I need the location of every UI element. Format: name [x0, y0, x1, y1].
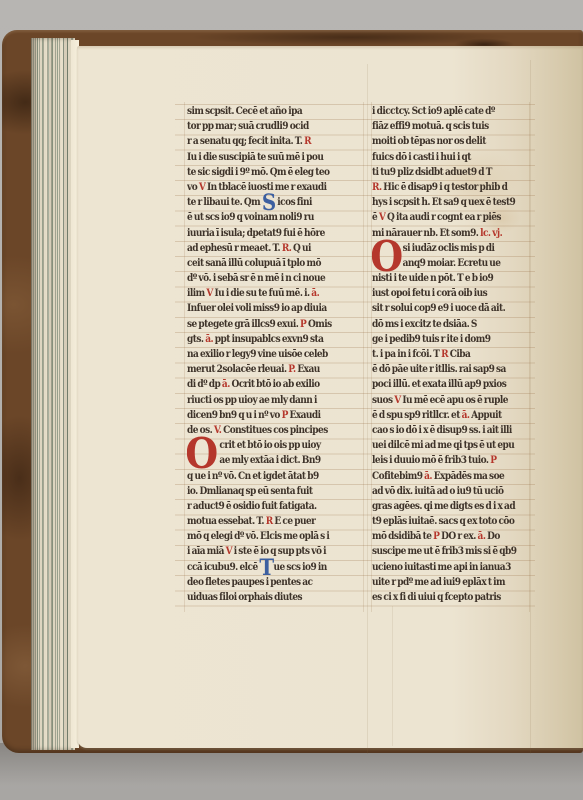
- body-text: si iudāz oclis mis p di: [403, 243, 495, 254]
- manuscript-line: ē dō pāe uite r itllis. rai sap9 sa: [372, 362, 518, 377]
- manuscript-line: deo fletes paupes i pentes ac: [187, 575, 349, 590]
- manuscript-line: gts. ā. ppt insupablcs exvn9 sta: [187, 332, 349, 347]
- manuscript-line: R. Hic ē disap9 i q testor phib d: [372, 180, 518, 195]
- body-text: fiāz effi9 motuā. q scis tuis: [372, 121, 489, 132]
- body-text: r aduct9 ē osidio fuit fatigata.: [187, 501, 317, 512]
- body-text: nisti i te uide n pōt. T e b io9: [372, 273, 493, 284]
- body-text: na exilio r legy9 vine uisōe celeb: [187, 349, 328, 360]
- body-text: sim scpsit. Cecē et año ipa: [187, 106, 302, 117]
- text-column-left: sim scpsit. Cecē et año ipator pp mar; s…: [187, 104, 367, 610]
- body-text: Iu mē ecē apu os ē ruple: [401, 395, 508, 406]
- manuscript-line: iuuria ī isula; dpetat9 fui ē hōre: [187, 226, 349, 241]
- body-text: Constitues cos pincipes: [221, 425, 327, 436]
- body-text: moiti ob tēpas nor os delit: [372, 136, 486, 147]
- manuscript-line: fiāz effi9 motuā. q scis tuis: [372, 119, 518, 134]
- body-text: uiduas filoi orphais diutes: [187, 592, 302, 603]
- manuscript-line: ucieno iuitasti me api in ianua3: [372, 560, 518, 575]
- manuscript-line: io. Dmlianaq sp eū senta fuit: [187, 484, 349, 499]
- body-text: i aīa miā: [187, 546, 226, 557]
- body-text: sit r solui cop9 e9 i uoce dā ait.: [372, 303, 505, 314]
- body-text: es ci x fi di uiui q fcepto patris: [372, 592, 501, 603]
- body-text: ge i pedib9 tuis r ite i dom9: [372, 334, 490, 345]
- body-text: iust opoi fetu i corā oib ius: [372, 288, 487, 299]
- manuscript-line: iust opoi fetu i corā oib ius: [372, 286, 518, 301]
- manuscript-line: ceit sanā illū colupuā ī tplo mō: [187, 256, 349, 271]
- body-text: gras agēes. qi me digts es d i x ad: [372, 501, 515, 512]
- rubric-text: ā.: [205, 334, 213, 345]
- body-text: ucieno iuitasti me api in ianua3: [372, 562, 511, 573]
- body-text: se ptegete grā illcs9 exui.: [187, 319, 300, 330]
- manuscript-line: anq9 moiar. Ecretu ue: [372, 256, 518, 271]
- manuscript-line: di dº dp ā. Ocrit btō io ab exilio: [187, 377, 349, 392]
- rubric-text: R.: [282, 243, 292, 254]
- rubric-text: R: [441, 349, 448, 360]
- manuscript-line: uite r pdº me ad iui9 eplāx t im: [372, 575, 518, 590]
- body-text: fuics dō i casti i hui i qt: [372, 152, 471, 163]
- manuscript-line: ge i pedib9 tuis r ite i dom9: [372, 332, 518, 347]
- rubric-text: P.: [288, 364, 295, 375]
- manuscript-page: sim scpsit. Cecē et año ipator pp mar; s…: [77, 46, 583, 748]
- body-text: deo fletes paupes i pentes ac: [187, 577, 312, 588]
- body-text: Exau: [296, 364, 320, 375]
- rubric-text: ā.: [311, 288, 319, 299]
- body-text: merut 2solacēe rleuai.: [187, 364, 288, 375]
- manuscript-line: motua essebat. T. R E ce puer: [187, 514, 349, 529]
- manuscript-line: moiti ob tēpas nor os delit: [372, 134, 518, 149]
- manuscript-line: Cofitebim9 ā. Expādēs ma soe: [372, 469, 518, 484]
- manuscript-line: suscipe me ut ē frib3 mis si ē qb9: [372, 544, 518, 559]
- body-text: dō ms i excitz te dsiāa. S: [372, 319, 477, 330]
- body-text: icos fini: [276, 197, 312, 208]
- manuscript-line: dicen9 bn9 q u i nº vo P Exaudi: [187, 408, 349, 423]
- rubric-text: P: [490, 455, 496, 466]
- manuscript-line: suos V Iu mē ecē apu os ē ruple: [372, 393, 518, 408]
- manuscript-line: ilim V Iu i die su te fuū mē. i. ā.: [187, 286, 349, 301]
- body-text: Iu i die su te fuū mē. i.: [213, 288, 312, 299]
- rubric-text: R: [304, 136, 311, 147]
- manuscript-line: ē ut scs io9 q voinam noli9 ru: [187, 210, 349, 225]
- body-text: Hic ē disap9 i q testor phib d: [382, 182, 508, 193]
- rubric-text: ā.: [424, 471, 432, 482]
- body-text: Omis: [306, 319, 331, 330]
- body-text: Expādēs ma soe: [432, 471, 504, 482]
- body-text: tor pp mar; suā crudli9 ocid: [187, 121, 309, 132]
- body-text: poci illū. et exata illū ap9 pxios: [372, 379, 506, 390]
- body-text: ad vō dix. iuitā ad o iu9 tū uciō: [372, 486, 503, 497]
- body-text: dº vō. i sebā sr ē n mē i n ci noue: [187, 273, 325, 284]
- manuscript-line: mō dsidibā te P DO r ex. ā. Do: [372, 529, 518, 544]
- body-text: riucti os pp uioy ae mly dann i: [187, 395, 317, 406]
- page-fore-edges: [31, 38, 75, 750]
- body-text: Do: [485, 531, 499, 542]
- manuscript-line: te sic sigdi i 9º mō. Qm ē eleg teo: [187, 165, 349, 180]
- body-text: gts.: [187, 334, 205, 345]
- body-text: Cofitebim9: [372, 471, 424, 482]
- manuscript-line: fuics dō i casti i hui i qt: [372, 150, 518, 165]
- manuscript-line: ccā icubu9. elcē Tue scs io9 in: [187, 560, 349, 575]
- body-text: q ue i nº vō. Cn et igdet ātat b9: [187, 471, 319, 482]
- rubric-text: R.: [372, 182, 382, 193]
- manuscript-line: q ue i nº vō. Cn et igdet ātat b9: [187, 469, 349, 484]
- body-text: t9 eplās iuitaē. sacs q ex toto cōo: [372, 516, 514, 527]
- body-text: Appuit: [469, 410, 501, 421]
- manuscript-line: uiduas filoi orphais diutes: [187, 590, 349, 605]
- manuscript-line: es ci x fi di uiui q fcepto patris: [372, 590, 518, 605]
- manuscript-line: tor pp mar; suā crudli9 ocid: [187, 119, 349, 134]
- manuscript-line: riucti os pp uioy ae mly dann i: [187, 393, 349, 408]
- body-text: motua essebat. T.: [187, 516, 266, 527]
- body-text: suscipe me ut ē frib3 mis si ē qb9: [372, 546, 516, 557]
- body-text: ccā icubu9. elcē: [187, 562, 259, 573]
- body-text: r a senatu qq; fecit inita. T.: [187, 136, 304, 147]
- manuscript-line: ē V Q ita audi r cognt ea r piēs: [372, 210, 518, 225]
- manuscript-line: mō q elegi dº vō. Elcis me oplā s i: [187, 529, 349, 544]
- manuscript-line: te r libaui te. Qm S icos fini: [187, 195, 349, 210]
- manuscript-line: sit r solui cop9 e9 i uoce dā ait.: [372, 301, 518, 316]
- body-text: te r libaui te. Qm: [187, 197, 262, 208]
- body-text: i dicctcy. Sct io9 aplē cate dº: [372, 106, 495, 117]
- body-text: ilim: [187, 288, 206, 299]
- manuscript-line: merut 2solacēe rleuai. P. Exau: [187, 362, 349, 377]
- manuscript-line: ae mly extāa i dict. Bn9: [187, 453, 349, 468]
- body-text: ē: [372, 212, 379, 223]
- parchment-crease: [392, 606, 393, 746]
- body-text: Infuer olei voli miss9 io ap diuia: [187, 303, 327, 314]
- body-text: ppt insupablcs exvn9 sta: [213, 334, 323, 345]
- manuscript-line: na exilio r legy9 vine uisōe celeb: [187, 347, 349, 362]
- manuscript-line: leis i duuio mō ē frib3 tuio. P: [372, 453, 518, 468]
- body-text: ē ut scs io9 q voinam noli9 ru: [187, 212, 314, 223]
- body-text: iuuria ī isula; dpetat9 fui ē hōre: [187, 228, 325, 239]
- body-text: Q ita audi r cognt ea r piēs: [385, 212, 501, 223]
- body-text: i ste ē io q sup pts vō i: [232, 546, 326, 557]
- manuscript-line: dº vō. i sebā sr ē n mē i n ci noue: [187, 271, 349, 286]
- body-text: Iu i die suscipiā te suū mē i pou: [187, 152, 323, 163]
- body-text: te sic sigdi i 9º mō. Qm ē eleg teo: [187, 167, 330, 178]
- body-text: crit et btō io ois pp uioy: [219, 440, 320, 451]
- manuscript-line: Iu i die suscipiā te suū mē i pou: [187, 150, 349, 165]
- manuscript-line: se ptegete grā illcs9 exui. P Omis: [187, 317, 349, 332]
- body-text: ae mly extāa i dict. Bn9: [219, 455, 320, 466]
- manuscript-line: t9 eplās iuitaē. sacs q ex toto cōo: [372, 514, 518, 529]
- body-text: hys i scpsit h. Et sa9 q uex ē test9: [372, 197, 515, 208]
- body-text: suos: [372, 395, 394, 406]
- manuscript-line: Ocrit et btō io ois pp uioy: [187, 438, 349, 453]
- body-text: ti tu9 pliz dsidbt aduet9 d T: [372, 167, 492, 178]
- body-text: Ciba: [448, 349, 470, 360]
- body-text: ceit sanā illū colupuā ī tplo mō: [187, 258, 321, 269]
- body-text: ē d spu sp9 ritllcr. et: [372, 410, 462, 421]
- body-text: Exaudi: [288, 410, 321, 421]
- body-text: t. i pa in i fcōi. T: [372, 349, 441, 360]
- manuscript-line: gras agēes. qi me digts es d i x ad: [372, 499, 518, 514]
- body-text: uei dilcē mi ad me qi tps ē ut epu: [372, 440, 514, 451]
- manuscript-line: r a senatu qq; fecit inita. T. R: [187, 134, 349, 149]
- body-text: mō dsidibā te: [372, 531, 433, 542]
- body-text: ē dō pāe uite r itllis. rai sap9 sa: [372, 364, 506, 375]
- rubric-text: ā.: [478, 531, 486, 542]
- manuscript-line: ad vō dix. iuitā ad o iu9 tū uciō: [372, 484, 518, 499]
- body-text: di dº dp: [187, 379, 222, 390]
- manuscript-line: Osi iudāz oclis mis p di: [372, 241, 518, 256]
- manuscript-line: t. i pa in i fcōi. T R Ciba: [372, 347, 518, 362]
- manuscript-line: dō ms i excitz te dsiāa. S: [372, 317, 518, 332]
- body-text: anq9 moiar. Ecretu ue: [403, 258, 501, 269]
- manuscript-line: r aduct9 ē osidio fuit fatigata.: [187, 499, 349, 514]
- manuscript-line: uei dilcē mi ad me qi tps ē ut epu: [372, 438, 518, 453]
- body-text: uite r pdº me ad iui9 eplāx t im: [372, 577, 505, 588]
- ruling-vertical: [184, 102, 185, 612]
- body-text: DO r ex.: [439, 531, 477, 542]
- body-text: ue scs io9 in: [274, 562, 327, 573]
- text-column-right: i dicctcy. Sct io9 aplē cate dºfiāz effi…: [372, 104, 534, 610]
- body-text: E ce puer: [273, 516, 316, 527]
- manuscript-line: i dicctcy. Sct io9 aplē cate dº: [372, 104, 518, 119]
- manuscript-line: sim scpsit. Cecē et año ipa: [187, 104, 349, 119]
- manuscript-line: nisti i te uide n pōt. T e b io9: [372, 271, 518, 286]
- manuscript-line: Infuer olei voli miss9 io ap diuia: [187, 301, 349, 316]
- manuscript-line: cao s io dō i x ē disup9 ss. i ait illi: [372, 423, 518, 438]
- manuscript-line: ad ephesū r meaet. T. R. Q ui: [187, 241, 349, 256]
- body-text: ad ephesū r meaet. T.: [187, 243, 282, 254]
- body-text: leis i duuio mō ē frib3 tuio.: [372, 455, 490, 466]
- rubric-text: lc. vj.: [480, 228, 502, 239]
- body-text: vo: [187, 182, 199, 193]
- body-text: io. Dmlianaq sp eū senta fuit: [187, 486, 313, 497]
- body-text: cao s io dō i x ē disup9 ss. i ait illi: [372, 425, 512, 436]
- rubric-text: ā.: [222, 379, 230, 390]
- manuscript-line: ē d spu sp9 ritllcr. et ā. Appuit: [372, 408, 518, 423]
- body-text: Q ui: [291, 243, 311, 254]
- body-text: dicen9 bn9 q u i nº vo: [187, 410, 282, 421]
- manuscript-photo: sim scpsit. Cecē et año ipator pp mar; s…: [0, 0, 583, 800]
- body-text: mō q elegi dº vō. Elcis me oplā s i: [187, 531, 329, 542]
- body-text: Ocrit btō io ab exilio: [230, 379, 320, 390]
- manuscript-line: hys i scpsit h. Et sa9 q uex ē test9: [372, 195, 518, 210]
- manuscript-line: ti tu9 pliz dsidbt aduet9 d T: [372, 165, 518, 180]
- manuscript-line: poci illū. et exata illū ap9 pxios: [372, 377, 518, 392]
